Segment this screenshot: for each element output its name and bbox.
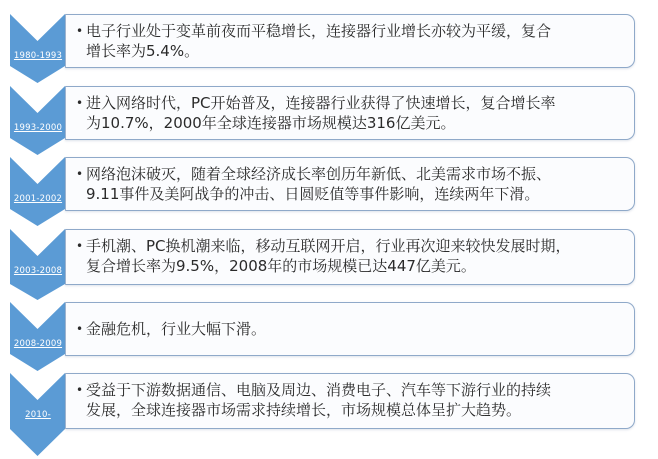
bullet-icon: • <box>76 319 86 339</box>
description-text: •受益于下游数据通信、电脑及周边、消费电子、汽车等下游行业的持续 发展，全球连接… <box>76 380 614 420</box>
description-box: •金融危机，行业大幅下滑。 <box>65 302 635 356</box>
period-label: 2010- <box>8 410 68 420</box>
text-line: 增长率为5.4%。 <box>76 41 614 61</box>
description-box: •进入网络时代，PC开始普及，连接器行业获得了快速增长，复合增长率 为10.7%… <box>65 86 635 140</box>
period-label: 2001-2002 <box>8 194 68 204</box>
text-line: •电子行业处于变革前夜而平稳增长，连接器行业增长亦较为平缓，复合 <box>76 21 614 41</box>
description-box: •网络泡沫破灭，随着全球经济成长率创历年新低、北美需求市场不振、 9.11事件及… <box>65 157 635 211</box>
chevron-arrow-icon <box>10 302 65 372</box>
chevron-arrow-icon <box>10 157 65 227</box>
text-line: •金融危机，行业大幅下滑。 <box>76 319 614 339</box>
bullet-icon: • <box>76 93 86 113</box>
period-label: 1993-2000 <box>8 123 68 133</box>
text-line: •进入网络时代，PC开始普及，连接器行业获得了快速增长，复合增长率 <box>76 93 614 113</box>
period-label: 2003-2008 <box>8 266 68 276</box>
text-line: 复合增长率为9.5%，2008年的市场规模已达447亿美元。 <box>76 256 614 276</box>
description-box: •手机潮、PC换机潮来临，移动互联网开启，行业再次迎来较快发展时期， 复合增长率… <box>65 229 635 285</box>
description-box: •电子行业处于变革前夜而平稳增长，连接器行业增长亦较为平缓，复合 增长率为5.4… <box>65 14 635 68</box>
bullet-icon: • <box>76 236 86 256</box>
description-text: •网络泡沫破灭，随着全球经济成长率创历年新低、北美需求市场不振、 9.11事件及… <box>76 164 614 204</box>
bullet-icon: • <box>76 380 86 400</box>
period-label: 2008-2009 <box>8 339 68 349</box>
description-text: •手机潮、PC换机潮来临，移动互联网开启，行业再次迎来较快发展时期， 复合增长率… <box>76 236 614 276</box>
bullet-icon: • <box>76 164 86 184</box>
description-text: •电子行业处于变革前夜而平稳增长，连接器行业增长亦较为平缓，复合 增长率为5.4… <box>76 21 614 61</box>
description-text: •金融危机，行业大幅下滑。 <box>76 319 614 339</box>
period-label: 1980-1993 <box>8 51 68 61</box>
text-line: 为10.7%，2000年全球连接器市场规模达316亿美元。 <box>76 113 614 133</box>
text-line: •受益于下游数据通信、电脑及周边、消费电子、汽车等下游行业的持续 <box>76 380 614 400</box>
chevron-arrow-icon <box>10 14 65 84</box>
chevron-arrow-icon <box>10 86 65 156</box>
bullet-icon: • <box>76 21 86 41</box>
text-line: 9.11事件及美阿战争的冲击、日圆贬值等事件影响，连续两年下滑。 <box>76 184 614 204</box>
text-line: •网络泡沫破灭，随着全球经济成长率创历年新低、北美需求市场不振、 <box>76 164 614 184</box>
chevron-arrow-icon <box>10 229 65 299</box>
description-box: •受益于下游数据通信、电脑及周边、消费电子、汽车等下游行业的持续 发展，全球连接… <box>65 373 635 429</box>
description-text: •进入网络时代，PC开始普及，连接器行业获得了快速增长，复合增长率 为10.7%… <box>76 93 614 133</box>
text-line: 发展，全球连接器市场需求持续增长，市场规模总体呈扩大趋势。 <box>76 400 614 420</box>
text-line: •手机潮、PC换机潮来临，移动互联网开启，行业再次迎来较快发展时期， <box>76 236 614 256</box>
